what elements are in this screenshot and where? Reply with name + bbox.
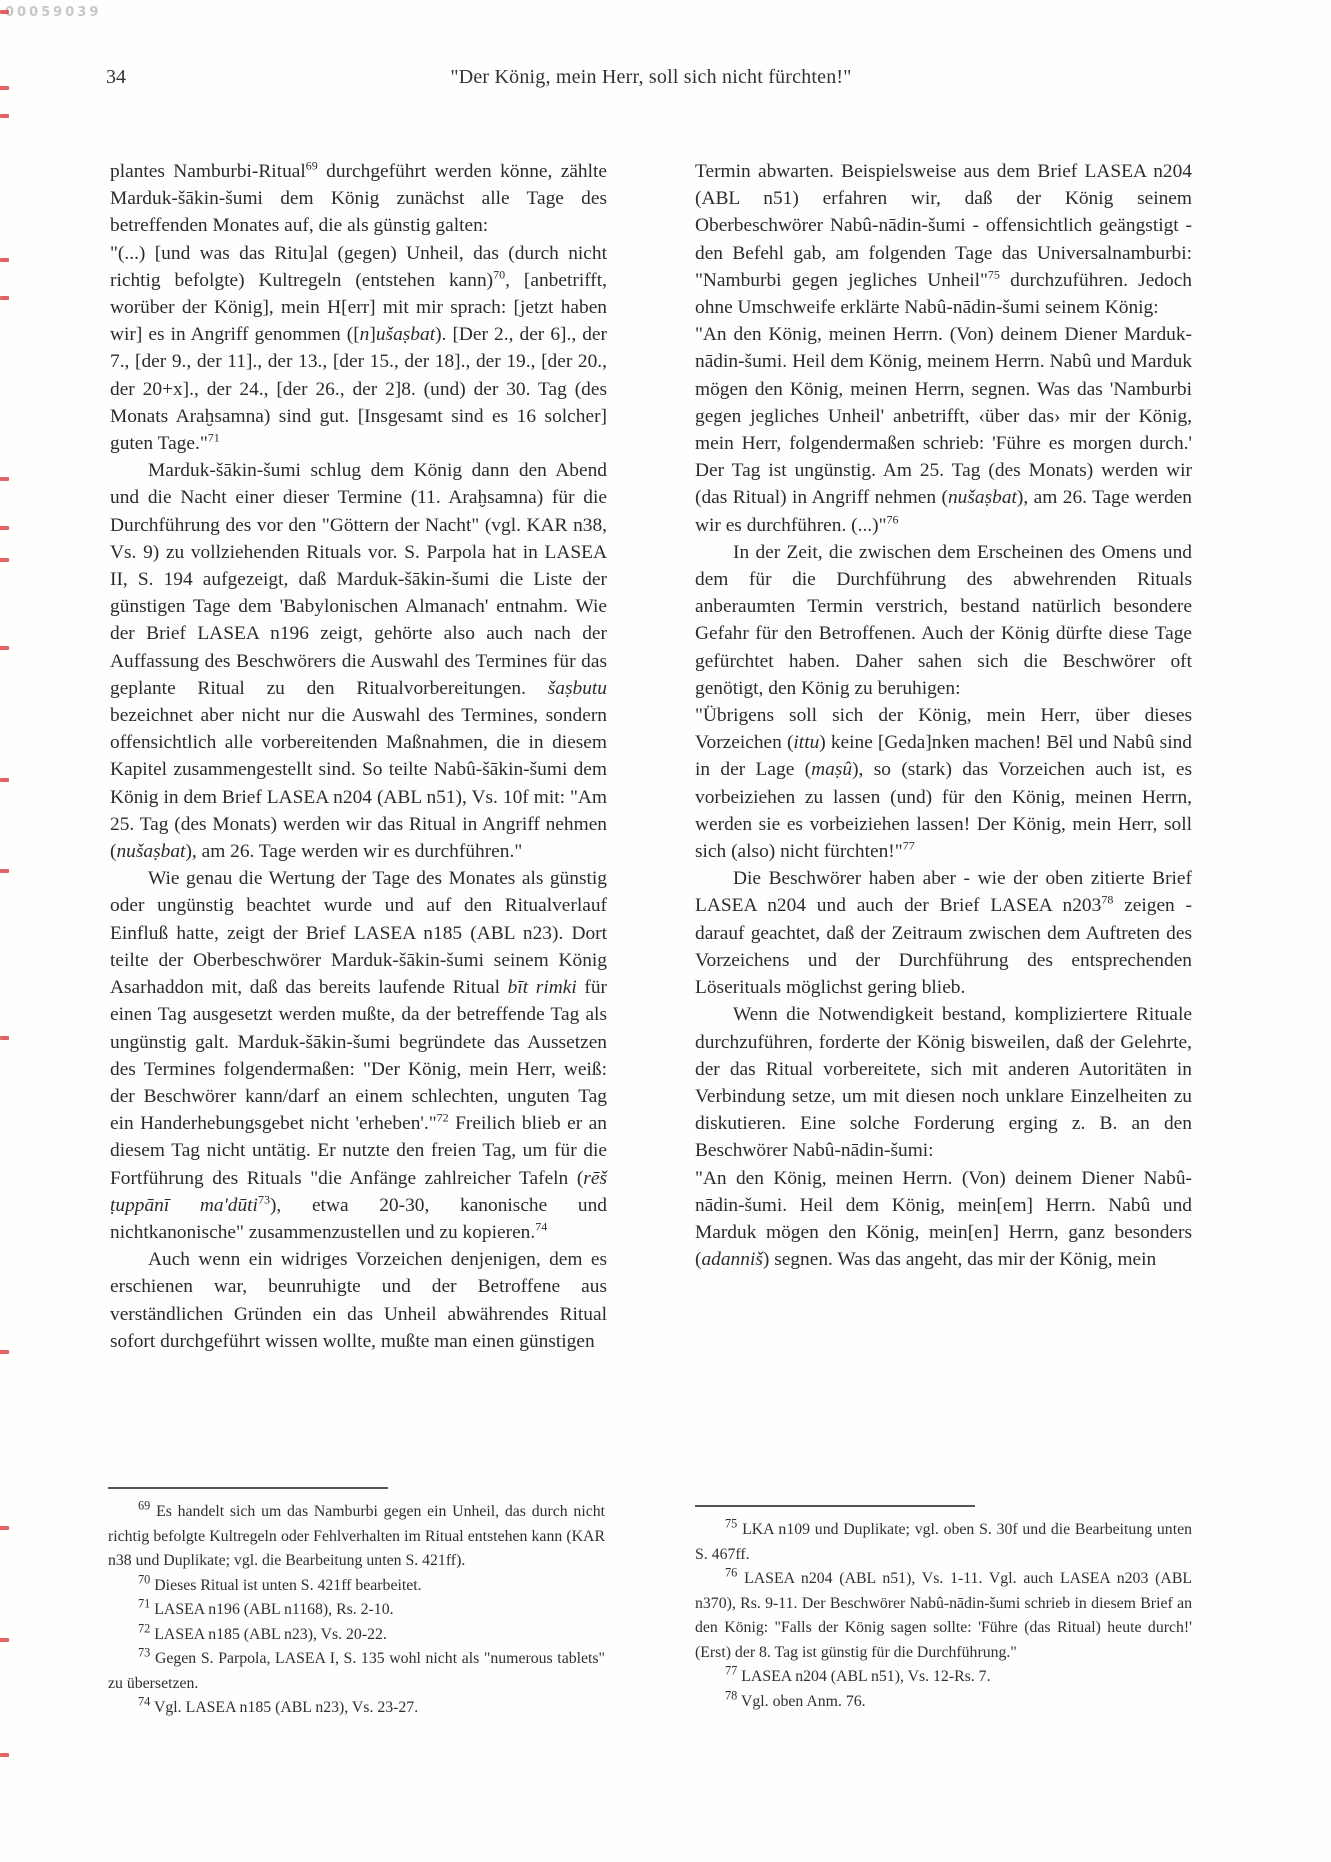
footnote: 72 LASEA n185 (ABL n23), Vs. 20-22. bbox=[108, 1623, 605, 1648]
footnote: 69 Es handelt sich um das Namburbi gegen… bbox=[108, 1500, 605, 1574]
footnote-marker: 76 bbox=[887, 512, 899, 526]
scan-edge-mark bbox=[0, 646, 9, 650]
footnote-number: 72 bbox=[138, 1621, 150, 1635]
scan-edge-mark bbox=[0, 526, 9, 530]
paragraph: Termin abwarten. Beispielsweise aus dem … bbox=[695, 158, 1192, 321]
footnote: 75 LKA n109 und Duplikate; vgl. oben S. … bbox=[695, 1518, 1192, 1567]
footnote-number: 77 bbox=[725, 1664, 737, 1678]
footnote: 76 LASEA n204 (ABL n51), Vs. 1-11. Vgl. … bbox=[695, 1567, 1192, 1665]
quote-block: "Übrigens soll sich der König, mein Herr… bbox=[695, 702, 1192, 865]
scan-edge-mark bbox=[0, 10, 9, 14]
footnote-marker: 75 bbox=[988, 267, 1000, 281]
italic-term: ittu bbox=[793, 732, 819, 753]
running-head-title: "Der König, mein Herr, soll sich nicht f… bbox=[110, 66, 1192, 89]
paragraph: Marduk-šākin-šumi schlug dem König dann … bbox=[110, 457, 607, 865]
scan-edge-mark bbox=[0, 558, 9, 562]
italic-term: bīt rimki bbox=[508, 977, 577, 998]
scanned-book-page: 00059039 34 "Der König, mein Herr, soll … bbox=[0, 0, 1331, 1862]
italic-term: nušaṣbat bbox=[948, 487, 1017, 508]
quote-block: "(...) [und was das Ritu]al (gegen) Unhe… bbox=[110, 240, 607, 458]
italic-term: n bbox=[360, 324, 370, 345]
paragraph: Die Beschwörer haben aber - wie der oben… bbox=[695, 865, 1192, 1001]
scan-edge-mark bbox=[0, 778, 9, 782]
footnote-number: 73 bbox=[138, 1646, 150, 1660]
italic-term: adanniš bbox=[701, 1249, 762, 1270]
scan-edge-mark bbox=[0, 477, 9, 481]
footnote-number: 75 bbox=[725, 1517, 737, 1531]
footnote-separator-line bbox=[108, 1487, 388, 1489]
footnote-marker: 69 bbox=[306, 159, 318, 173]
footnote-number: 71 bbox=[138, 1597, 150, 1611]
footnote-list-left: 69 Es handelt sich um das Namburbi gegen… bbox=[108, 1500, 605, 1721]
scan-edge-mark bbox=[0, 869, 9, 873]
scan-edge-mark bbox=[0, 1638, 9, 1642]
footnote-marker: 71 bbox=[208, 431, 220, 445]
scan-edge-mark bbox=[0, 114, 9, 118]
scan-edge-mark bbox=[0, 1526, 9, 1530]
quote-block: "An den König, meinen Herrn. (Von) deine… bbox=[695, 1165, 1192, 1274]
scan-id-number: 00059039 bbox=[5, 5, 101, 20]
italic-term: rēš ṭuppānī ma'dūti bbox=[110, 1168, 607, 1216]
right-text-column: Termin abwarten. Beispielsweise aus dem … bbox=[695, 158, 1192, 1273]
paragraph: Wie genau die Wertung der Tage des Monat… bbox=[110, 865, 607, 1246]
footnote-separator-line bbox=[695, 1505, 975, 1507]
footnote-number: 74 bbox=[138, 1695, 150, 1709]
footnote: 70 Dieses Ritual ist unten S. 421ff bear… bbox=[108, 1574, 605, 1599]
footnote-number: 76 bbox=[725, 1566, 737, 1580]
left-text-column: plantes Namburbi-Ritual69 durchgeführt w… bbox=[110, 158, 607, 1355]
footnote: 77 LASEA n204 (ABL n51), Vs. 12-Rs. 7. bbox=[695, 1665, 1192, 1690]
footnote-number: 70 bbox=[138, 1572, 150, 1586]
scan-edge-mark bbox=[0, 1753, 9, 1757]
scan-edge-mark bbox=[0, 296, 9, 300]
footnote-marker: 72 bbox=[437, 1111, 449, 1125]
footnote-marker: 70 bbox=[493, 267, 505, 281]
footnote-number: 69 bbox=[138, 1499, 150, 1513]
italic-term: šaṣbutu bbox=[548, 678, 607, 699]
footnote-number: 78 bbox=[725, 1688, 737, 1702]
scan-edge-mark bbox=[0, 86, 9, 90]
footnote: 74 Vgl. LASEA n185 (ABL n23), Vs. 23-27. bbox=[108, 1696, 605, 1721]
footnote-marker: 77 bbox=[903, 839, 915, 853]
italic-term: nušaṣbat bbox=[116, 841, 185, 862]
footnotes-right-block: 75 LKA n109 und Duplikate; vgl. oben S. … bbox=[695, 1505, 1192, 1714]
footnote: 73 Gegen S. Parpola, LASEA I, S. 135 woh… bbox=[108, 1647, 605, 1696]
paragraph: plantes Namburbi-Ritual69 durchgeführt w… bbox=[110, 158, 607, 240]
footnote: 78 Vgl. oben Anm. 76. bbox=[695, 1690, 1192, 1715]
footnote: 71 LASEA n196 (ABL n1168), Rs. 2-10. bbox=[108, 1598, 605, 1623]
italic-term: maṣû bbox=[811, 759, 852, 780]
footnote-list-right: 75 LKA n109 und Duplikate; vgl. oben S. … bbox=[695, 1518, 1192, 1714]
paragraph: In der Zeit, die zwischen dem Erscheinen… bbox=[695, 539, 1192, 702]
scan-edge-mark bbox=[0, 1036, 9, 1040]
paragraph: Wenn die Notwendigkeit bestand, komplizi… bbox=[695, 1001, 1192, 1164]
footnotes-left-block: 69 Es handelt sich um das Namburbi gegen… bbox=[108, 1487, 605, 1721]
quote-block: "An den König, meinen Herrn. (Von) deine… bbox=[695, 321, 1192, 539]
scan-edge-mark bbox=[0, 258, 9, 262]
footnote-marker: 73 bbox=[258, 1192, 270, 1206]
paragraph: Auch wenn ein widriges Vorzeichen denjen… bbox=[110, 1246, 607, 1355]
italic-term: ušaṣbat bbox=[376, 324, 435, 345]
footnote-marker: 74 bbox=[535, 1219, 547, 1233]
scan-edge-mark bbox=[0, 1350, 9, 1354]
footnote-marker: 78 bbox=[1101, 893, 1113, 907]
